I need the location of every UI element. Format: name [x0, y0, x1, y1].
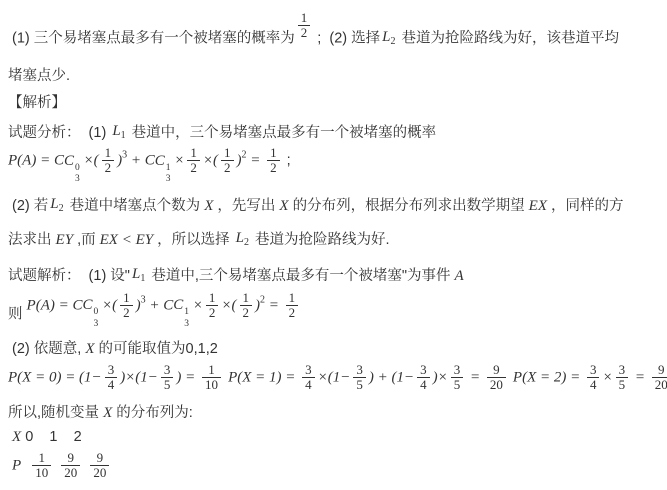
fraction: 34	[105, 363, 118, 393]
fraction: 920	[61, 451, 80, 481]
fraction-numerator: 9	[94, 451, 107, 465]
fraction-numerator: 1	[221, 146, 234, 160]
fraction-numerator: 3	[587, 363, 600, 377]
fraction-numerator: 1	[187, 146, 200, 160]
possible-values-line: (2) 依题意, X 的可能取值为0,1,2	[8, 340, 661, 359]
fraction: 920	[487, 363, 506, 393]
fraction-denominator: 20	[61, 465, 80, 480]
answer-line-2: 堵塞点少.	[8, 67, 661, 85]
text: 巷道为抢险路线为好，该巷道平均	[398, 31, 620, 47]
fraction: 12	[267, 146, 280, 176]
fraction-numerator: 3	[616, 363, 629, 377]
math-text: =	[247, 153, 265, 169]
text: 则	[8, 306, 27, 322]
letter-subscript: 1	[121, 130, 126, 141]
fraction-denominator: 20	[652, 377, 667, 392]
math-text: + C	[146, 297, 174, 313]
fraction: 35	[353, 363, 366, 393]
fraction-denominator: 5	[451, 377, 464, 392]
math-text: P(X = 2) =	[513, 369, 584, 385]
fraction-denominator: 5	[353, 377, 366, 392]
text	[54, 458, 58, 474]
fraction-denominator: 2	[267, 160, 280, 175]
letter-subscript: 2	[59, 203, 64, 214]
math-text: ×(	[221, 297, 236, 313]
math-text: ×(	[203, 153, 218, 169]
fraction: 12	[221, 146, 234, 176]
text	[21, 458, 29, 474]
fraction-denominator: 2	[240, 305, 253, 320]
combination-symbol: C13	[155, 152, 171, 186]
analysis-body-line-2: 法求出 EY ,而 EX < EY ，所以选择 L2 巷道为抢险路线为好.	[8, 229, 661, 250]
combination-symbol: C13	[173, 296, 189, 330]
math-text: )×(1−	[120, 369, 158, 385]
combination-subscript: 3	[184, 319, 189, 330]
letter-subscript: 2	[391, 36, 396, 47]
fraction-numerator: 1	[240, 291, 253, 305]
math-text: ×	[189, 297, 203, 313]
fraction: 12	[240, 291, 253, 321]
fraction: 920	[90, 451, 109, 481]
fraction-denominator: 4	[417, 377, 430, 392]
fraction-numerator: 9	[65, 451, 78, 465]
fraction-denominator: 10	[202, 377, 221, 392]
math-text: P(A) = C	[8, 153, 64, 169]
fraction-denominator: 2	[286, 305, 299, 320]
math-text: ×	[171, 153, 185, 169]
fraction-denominator: 2	[221, 160, 234, 175]
solution-document: (1) 三个易堵塞点最多有一个被堵塞的概率为12 ; (2) 选择L2 巷道为抢…	[0, 0, 667, 490]
fraction: 110	[202, 363, 221, 393]
combination-symbol: C03	[82, 296, 98, 330]
text: 巷道中,三个易堵塞点最多有一个被堵塞"为事件	[147, 268, 454, 284]
section-jiexi-header: 【解析】	[8, 94, 661, 112]
letter-with-subscript: L2	[382, 29, 395, 45]
fraction-numerator: 1	[286, 291, 299, 305]
text: 巷道为抢险路线为好.	[251, 232, 390, 248]
text: 【解析】	[8, 95, 66, 111]
fraction-numerator: 1	[298, 11, 311, 25]
fraction-numerator: 3	[105, 363, 118, 377]
fraction-denominator: 4	[587, 377, 600, 392]
analysis-body-line-1: (2) 若L2 巷道中堵塞点个数为 X ，先写出 X 的分布列，根据分布列求出数…	[8, 195, 661, 216]
text: 法求出	[8, 232, 56, 248]
math-text: X	[204, 198, 213, 214]
text: 的可能取值为0,1,2	[95, 341, 218, 357]
text: 堵塞点少.	[8, 68, 70, 84]
fraction: 12	[298, 11, 311, 41]
math-text: X	[85, 341, 94, 357]
math-text: ×(	[98, 297, 117, 313]
math-text: EX	[529, 198, 547, 214]
text	[83, 458, 87, 474]
fraction-numerator: 1	[102, 146, 115, 160]
letter-with-subscript: L1	[132, 266, 145, 282]
letter-base: L	[236, 230, 244, 246]
text: 巷道中，三个易堵塞点最多有一个被堵塞的概率	[128, 125, 437, 141]
letter-subscript: 2	[244, 237, 249, 248]
fraction-numerator: 3	[161, 363, 174, 377]
fraction-denominator: 2	[206, 305, 219, 320]
math-text: EX < EY	[100, 232, 153, 248]
text: 0 1 2	[21, 429, 81, 445]
fraction: 34	[302, 363, 315, 393]
text: ;	[283, 153, 291, 169]
fraction-denominator: 2	[102, 160, 115, 175]
fraction: 12	[102, 146, 115, 176]
combination-subscript: 3	[75, 174, 80, 185]
fraction-numerator: 3	[302, 363, 315, 377]
fraction-numerator: 1	[205, 363, 218, 377]
fraction-denominator: 20	[90, 465, 109, 480]
math-text: ×(	[80, 153, 99, 169]
solution-intro-line: 试题解析： (1) 设"L1 巷道中,三个易堵塞点最多有一个被堵塞"为事件 A	[8, 265, 661, 286]
math-text: P	[12, 458, 21, 474]
fraction: 12	[120, 291, 133, 321]
fraction-numerator: 1	[206, 291, 219, 305]
fraction-denominator: 5	[616, 377, 629, 392]
math-text: X	[12, 429, 21, 445]
letter-subscript: 1	[140, 273, 145, 284]
letter-with-subscript: L2	[50, 196, 63, 212]
fraction: 35	[451, 363, 464, 393]
math-text: ×	[602, 369, 612, 385]
distribution-intro-line: 所以,随机变量 X 的分布列为:	[8, 404, 661, 423]
fraction-denominator: 5	[161, 377, 174, 392]
fraction: 34	[587, 363, 600, 393]
combination-subscript: 3	[94, 319, 99, 330]
math-text: =	[466, 369, 484, 385]
math-text: P(A) = C	[27, 297, 83, 313]
math-text: X	[103, 405, 112, 421]
fraction-numerator: 1	[36, 451, 49, 465]
math-text: =	[631, 369, 649, 385]
fraction-numerator: 3	[451, 363, 464, 377]
fraction: 12	[286, 291, 299, 321]
distribution-table-row-p: P 110 920 920	[8, 451, 661, 481]
letter-with-subscript: L1	[112, 123, 125, 139]
combination-symbol: C03	[64, 152, 80, 186]
fraction: 12	[206, 291, 219, 321]
math-text: ×(1−	[318, 369, 351, 385]
combination-subscript: 3	[166, 174, 171, 185]
math-text: )×	[433, 369, 448, 385]
fraction-denominator: 4	[105, 377, 118, 392]
combination-base: C	[173, 297, 183, 313]
fraction-numerator: 9	[490, 363, 503, 377]
combination-base: C	[82, 297, 92, 313]
math-text: A	[455, 268, 464, 284]
fraction-denominator: 20	[487, 377, 506, 392]
answer-line-1: (1) 三个易堵塞点最多有一个被堵塞的概率为12 ; (2) 选择L2 巷道为抢…	[8, 24, 661, 54]
fraction-denominator: 10	[32, 465, 51, 480]
text: ; (2) 选择	[313, 31, 380, 47]
text: 所以,随机变量	[8, 405, 103, 421]
math-text: ) =	[176, 369, 199, 385]
analysis-intro-line: 试题分析： (1) L1 巷道中，三个易堵塞点最多有一个被堵塞的概率	[8, 122, 661, 142]
letter-base: L	[112, 123, 120, 139]
probability-formulas-line: P(X = 0) = (1−34)×(1−35) = 110 P(X = 1) …	[8, 363, 661, 393]
text: (2) 依题意,	[8, 341, 85, 357]
fraction: 110	[32, 451, 51, 481]
letter-base: L	[382, 29, 390, 45]
text: 试题分析： (1)	[8, 125, 110, 141]
letter-with-subscript: L2	[236, 230, 249, 246]
combination-base: C	[155, 153, 165, 169]
text: 巷道中堵塞点个数为	[66, 198, 205, 214]
math-text: P(X = 0) = (1−	[8, 369, 102, 385]
fraction: 34	[417, 363, 430, 393]
fraction-denominator: 2	[120, 305, 133, 320]
math-text: X	[279, 198, 288, 214]
formula-pa-2: 则 P(A) = CC03 ×(12)3 + CC13 ×12×(12)2 = …	[8, 291, 661, 330]
text: 试题解析： (1) 设"	[8, 268, 130, 284]
letter-base: L	[50, 196, 58, 212]
text: (1) 三个易堵塞点最多有一个被堵塞的概率为	[8, 31, 295, 47]
math-text: + C	[127, 153, 155, 169]
math-text: P(X = 1) =	[228, 369, 299, 385]
fraction-numerator: 3	[417, 363, 430, 377]
fraction-numerator: 1	[120, 291, 133, 305]
text: ，同样的方	[547, 198, 624, 214]
text: ，所以选择	[153, 232, 234, 248]
text: 的分布列，根据分布列求出数学期望	[289, 198, 529, 214]
fraction-denominator: 2	[187, 160, 200, 175]
text: ,而	[73, 232, 100, 248]
math-text: =	[265, 297, 283, 313]
fraction: 920	[652, 363, 667, 393]
fraction: 12	[187, 146, 200, 176]
fraction-numerator: 1	[267, 146, 280, 160]
text: (2) 若	[8, 198, 48, 214]
fraction-numerator: 3	[353, 363, 366, 377]
fraction: 35	[616, 363, 629, 393]
fraction-denominator: 2	[298, 25, 311, 40]
combination-base: C	[64, 153, 74, 169]
fraction: 35	[161, 363, 174, 393]
text: 的分布列为:	[112, 405, 193, 421]
formula-pa-1: P(A) = CC03 ×(12)3 + CC13 ×12×(12)2 = 12…	[8, 146, 661, 185]
fraction-numerator: 9	[655, 363, 667, 377]
math-text: ) + (1−	[369, 369, 414, 385]
text: ，先写出	[213, 198, 279, 214]
distribution-table-row-x: X 0 1 2	[8, 428, 661, 447]
fraction-denominator: 4	[302, 377, 315, 392]
math-text: EY	[56, 232, 74, 248]
